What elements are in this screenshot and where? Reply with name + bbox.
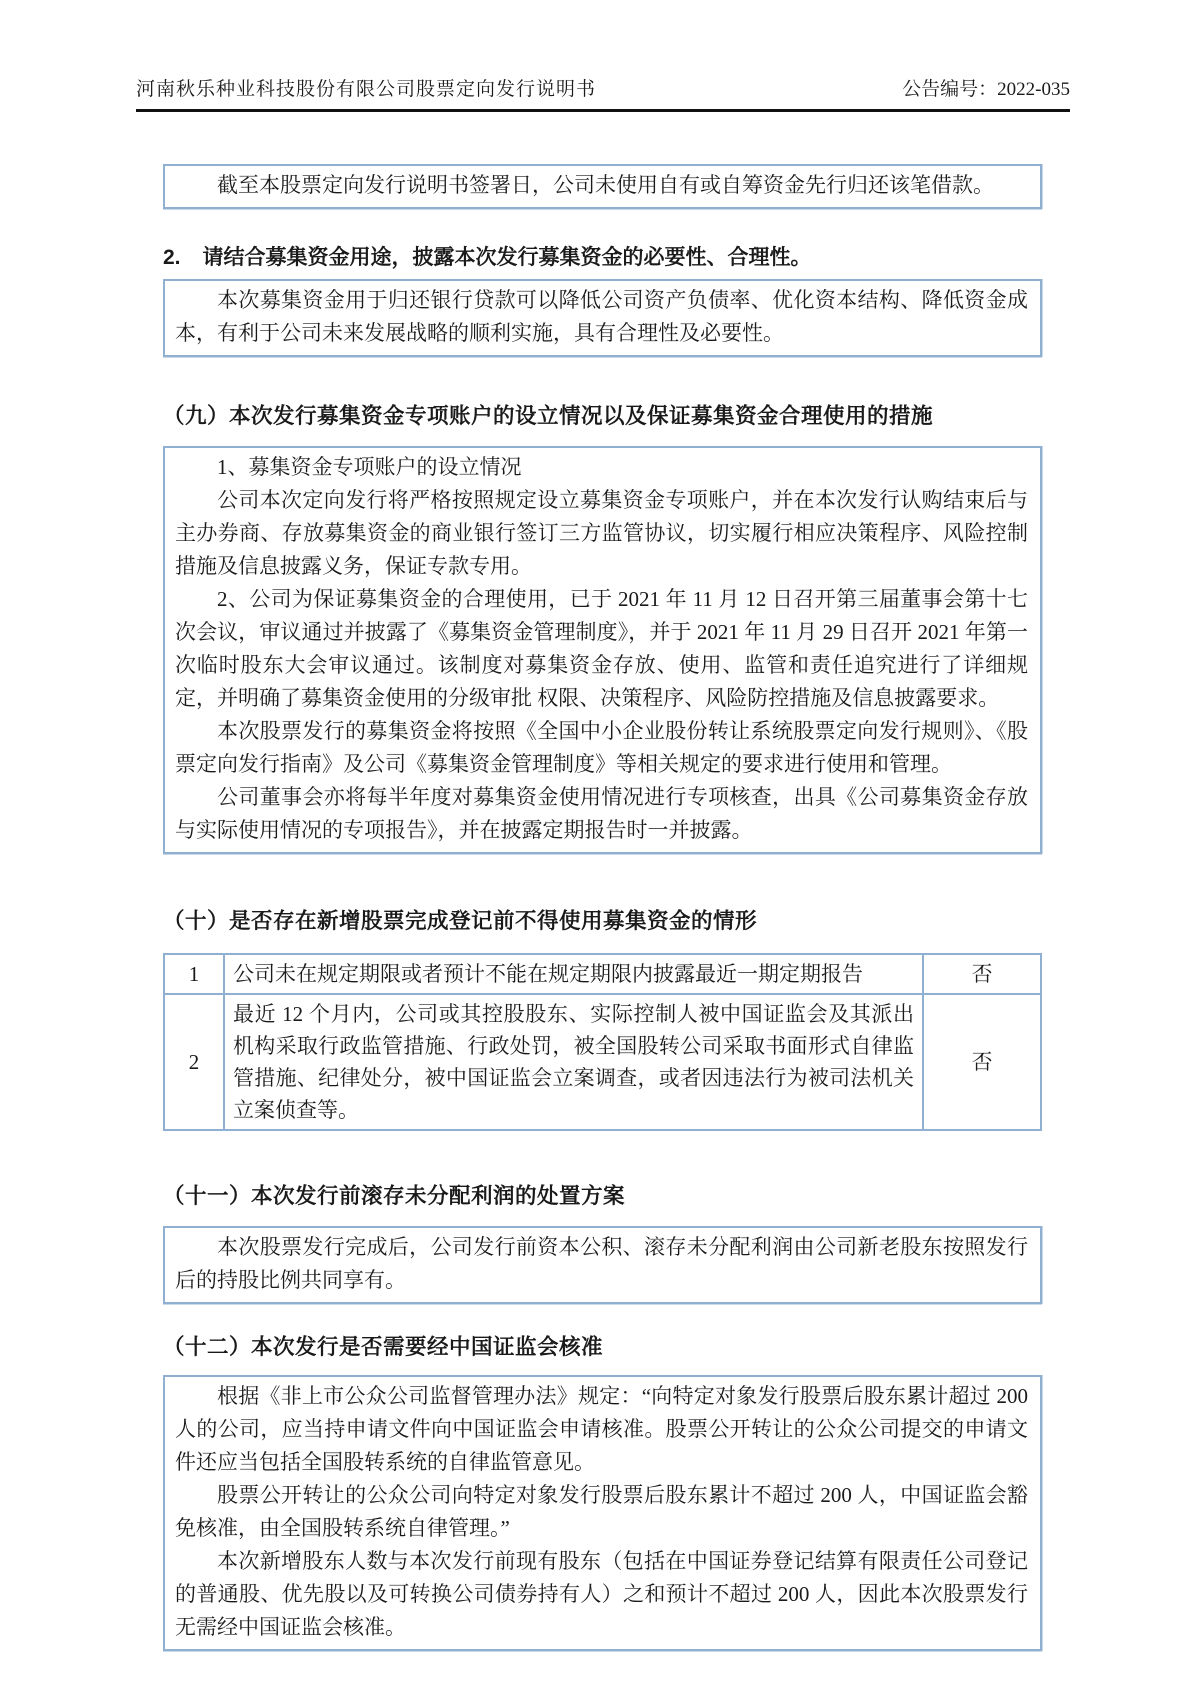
fund-account-paragraph-1: 1、募集资金专项账户的设立情况 xyxy=(175,451,1028,484)
row-item: 最近 12 个月内，公司或其控股股东、实际控制人被中国证监会及其派出机构采取行政… xyxy=(224,994,923,1130)
csrc-approval-box: 根据《非上市公众公司监督管理办法》规定：“向特定对象发行股票后股东累计超过 20… xyxy=(163,1375,1042,1651)
csrc-paragraph-2: 股票公开转让的公众公司向特定对象发行股票后股东累计不超过 200 人，中国证监会… xyxy=(175,1479,1028,1545)
table-row: 1 公司未在规定期限或者预计不能在规定期限内披露最近一期定期报告 否 xyxy=(164,954,1041,994)
retained-profit-text: 本次股票发行完成后，公司发行前资本公积、滚存未分配利润由公司新老股东按照发行后的… xyxy=(175,1231,1028,1297)
necessity-answer-box: 本次募集资金用于归还银行贷款可以降低公司资产负债率、优化资本结构、降低资金成本，… xyxy=(163,279,1042,357)
fund-account-paragraph-5: 公司董事会亦将每半年度对募集资金使用情况进行专项核查，出具《公司募集资金存放与实… xyxy=(175,781,1028,847)
fund-account-paragraph-3: 2、公司为保证募集资金的合理使用，已于 2021 年 11 月 12 日召开第三… xyxy=(175,583,1028,715)
csrc-paragraph-1: 根据《非上市公众公司监督管理办法》规定：“向特定对象发行股票后股东累计超过 20… xyxy=(175,1380,1028,1479)
row-number: 1 xyxy=(164,954,224,994)
row-answer: 否 xyxy=(923,994,1041,1130)
row-answer: 否 xyxy=(923,954,1041,994)
eligibility-table: 1 公司未在规定期限或者预计不能在规定期限内披露最近一期定期报告 否 2 最近 … xyxy=(163,953,1042,1131)
row-item: 公司未在规定期限或者预计不能在规定期限内披露最近一期定期报告 xyxy=(224,954,923,994)
section-12-title: （十二）本次发行是否需要经中国证监会核准 xyxy=(163,1330,1042,1361)
section-10-title: （十）是否存在新增股票完成登记前不得使用募集资金的情形 xyxy=(163,904,1042,935)
fund-account-box: 1、募集资金专项账户的设立情况 公司本次定向发行将严格按照规定设立募集资金专项账… xyxy=(163,446,1042,854)
announcement-number: 公告编号：2022-035 xyxy=(902,74,1070,101)
row-number: 2 xyxy=(164,994,224,1130)
page-content: 截至本股票定向发行说明书签署日，公司未使用自有或自筹资金先行归还该笔借款。 2.… xyxy=(163,164,1042,1651)
question-2-number: 2. xyxy=(163,246,181,270)
retained-profit-box: 本次股票发行完成后，公司发行前资本公积、滚存未分配利润由公司新老股东按照发行后的… xyxy=(163,1226,1042,1304)
document-title: 河南秋乐种业科技股份有限公司股票定向发行说明书 xyxy=(136,74,596,101)
necessity-answer-text: 本次募集资金用于归还银行贷款可以降低公司资产负债率、优化资本结构、降低资金成本，… xyxy=(175,284,1028,350)
document-page: 河南秋乐种业科技股份有限公司股票定向发行说明书 公告编号：2022-035 截至… xyxy=(0,0,1200,1696)
repayment-note-text: 截至本股票定向发行说明书签署日，公司未使用自有或自筹资金先行归还该笔借款。 xyxy=(175,169,1028,202)
fund-account-paragraph-2: 公司本次定向发行将严格按照规定设立募集资金专项账户，并在本次发行认购结束后与主办… xyxy=(175,484,1028,583)
section-11-title: （十一）本次发行前滚存未分配利润的处置方案 xyxy=(163,1179,1042,1210)
question-2-title: 请结合募集资金用途，披露本次发行募集资金的必要性、合理性。 xyxy=(203,241,812,271)
section-9-title: （九）本次发行募集资金专项账户的设立情况以及保证募集资金合理使用的措施 xyxy=(163,399,1042,430)
fund-account-paragraph-4: 本次股票发行的募集资金将按照《全国中小企业股份转让系统股票定向发行规则》、《股票… xyxy=(175,715,1028,781)
repayment-note-box: 截至本股票定向发行说明书签署日，公司未使用自有或自筹资金先行归还该笔借款。 xyxy=(163,164,1042,209)
csrc-paragraph-3: 本次新增股东人数与本次发行前现有股东（包括在中国证券登记结算有限责任公司登记的普… xyxy=(175,1545,1028,1644)
question-2-heading: 2. 请结合募集资金用途，披露本次发行募集资金的必要性、合理性。 xyxy=(163,241,1042,271)
table-row: 2 最近 12 个月内，公司或其控股股东、实际控制人被中国证监会及其派出机构采取… xyxy=(164,994,1041,1130)
page-header: 河南秋乐种业科技股份有限公司股票定向发行说明书 公告编号：2022-035 xyxy=(136,0,1070,112)
